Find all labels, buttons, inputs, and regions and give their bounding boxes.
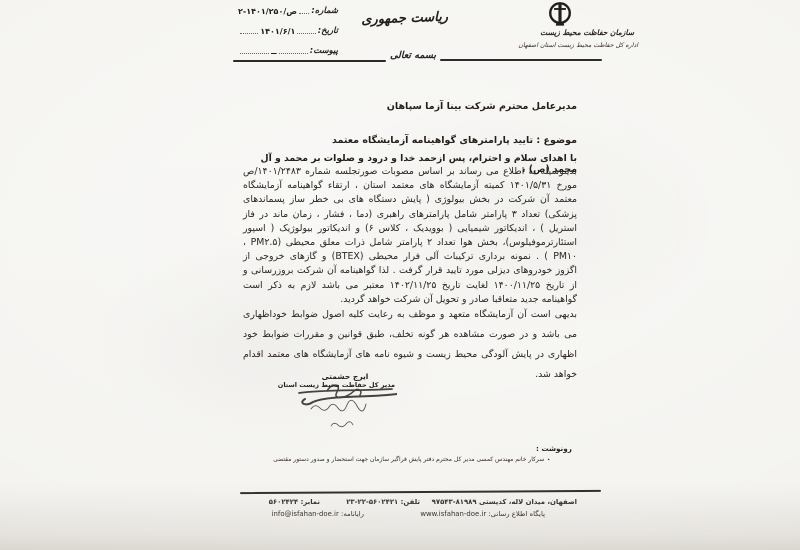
dotted-leader [299, 12, 309, 14]
recipient-line: مدیرعامل محترم شرکت بینا آزما سپاهان [243, 101, 577, 112]
organization-name: سازمان حفاظت محیط زیست [548, 28, 634, 37]
dotted-leader [240, 52, 269, 54]
footer-website: پایگاه اطلاع رسانی: www.isfahan-doe.ir [425, 510, 545, 518]
cc-item-text: سرکار خانم مهندس کمسی مدیر کل محترم دفتر… [273, 456, 544, 463]
ref-fields: شماره: ص/۱۴۰۱/۲۵۰-۲ تاریخ: ۱۴۰۱/۶/۱ پیوس… [238, 3, 338, 56]
scanned-letter: شماره: ص/۱۴۰۱/۲۵۰-۲ تاریخ: ۱۴۰۱/۶/۱ پیوس… [0, 0, 800, 550]
ref-attachment-value: ــ [271, 47, 276, 56]
paragraph-line: بدینوسیله به اطلاع می رساند بر اساس مصوب… [243, 165, 577, 179]
paragraph-line: استئارترموفیلوس)، بخش هوا تعداد ۲ پارامت… [243, 236, 577, 250]
dotted-leader [297, 32, 315, 34]
header-rule-right [440, 59, 602, 61]
footer-fax-label: نمابر: [301, 498, 320, 506]
ref-attachment-label: پیوست: [310, 46, 338, 56]
footer-email: رایانامه: info@isfahan-doe.ir [252, 510, 364, 518]
ref-number-value: ص/۱۴۰۱/۲۵۰-۲ [238, 7, 297, 16]
cc-label: رونوشت : [536, 444, 578, 453]
dotted-leader [240, 32, 258, 34]
footer-phone-label: تلفن: [401, 498, 420, 506]
ref-row-attachment: پیوست: ــ [238, 43, 338, 56]
bismillah: بسمه تعالی [388, 50, 438, 61]
footer-website-label: پایگاه اطلاع رسانی: [488, 510, 545, 518]
footer-fax: نمابر: ۵۶۰۲۴۲۴ [250, 498, 320, 506]
paragraph-line: PM۱۰ ) . نمونه برداری ترکیبات آلی فرار م… [243, 250, 577, 264]
letter-paragraph-1: بدینوسیله به اطلاع می رساند بر اساس مصوب… [243, 165, 577, 307]
paragraph-line: استریل ) ، اندیکاتور شیمیایی ( بوویدیک ،… [243, 222, 577, 236]
ref-row-number: شماره: ص/۱۴۰۱/۲۵۰-۲ [238, 3, 338, 16]
footer-fax-value: ۵۶۰۲۴۲۴ [269, 498, 298, 506]
footer-website-value: www.isfahan-doe.ir [420, 510, 486, 518]
paragraph-line: اگزوز خودروهای دیزلی مورد تایید قرار گرف… [243, 264, 577, 278]
letter-paragraph-2: بدیهی است آن آزمایشگاه متعهد و موظف به ر… [243, 305, 577, 385]
ref-date-label: تاریخ: [318, 26, 338, 36]
presidency-title: ریاست جمهوری [370, 10, 448, 28]
subject-line: موضوع : تایید پارامترهای گواهینامه آزمای… [243, 135, 577, 146]
doe-emblem-icon [546, 1, 574, 27]
header-rule-left [233, 60, 386, 62]
paragraph-line: بدیهی است آن آزمایشگاه متعهد و موظف به ر… [243, 305, 577, 325]
cc-item: ٭ سرکار خانم مهندس کمسی مدیر کل محترم دف… [318, 456, 550, 463]
footer-phone: تلفن: ۵۶۰۲۴۲۱-۲۲-۲۳ [328, 498, 420, 506]
ref-row-date: تاریخ: ۱۴۰۱/۶/۱ [238, 23, 338, 36]
handwritten-signature [293, 378, 397, 438]
paragraph-line: مورخ ۱۴۰۱/۵/۳۱ کمیته آزمایشگاه های معتمد… [243, 179, 577, 193]
cc-bullet-icon: ٭ [547, 456, 550, 463]
footer-email-value: info@isfahan-doe.ir [272, 510, 339, 518]
ref-number-label: شماره: [311, 6, 338, 16]
paragraph-line: از تاریخ ۱۴۰۰/۱۱/۲۵ لغایت تاریخ ۱۴۰۲/۱۱/… [243, 279, 577, 293]
dotted-leader [279, 52, 308, 54]
footer-address: اصفهان، میدان لاله، کدپستی ۸۱۹۸۹-۹۷۵۴۳ [436, 498, 577, 506]
footer-email-label: رایانامه: [341, 510, 364, 518]
paragraph-line: پزشکی) تعداد ۳ پارامتر شامل پارامترهای ر… [243, 208, 577, 222]
footer-rule [240, 490, 601, 495]
ref-date-value: ۱۴۰۱/۶/۱ [260, 27, 295, 36]
paragraph-line: معتمد آن شرکت در بخش بیولوژی ( پایش دستگ… [243, 193, 577, 207]
paragraph-line: اظهاری در پایش آلودگی محیط زیست و شیوه ن… [243, 345, 577, 365]
paragraph-line: می باشد و در صورت مشاهده هر گونه تخلف، ط… [243, 325, 577, 345]
department-name: اداره کل حفاظت محیط زیست استان اصفهان [544, 42, 638, 49]
footer-phone-value: ۵۶۰۲۴۲۱-۲۲-۲۳ [346, 498, 398, 506]
